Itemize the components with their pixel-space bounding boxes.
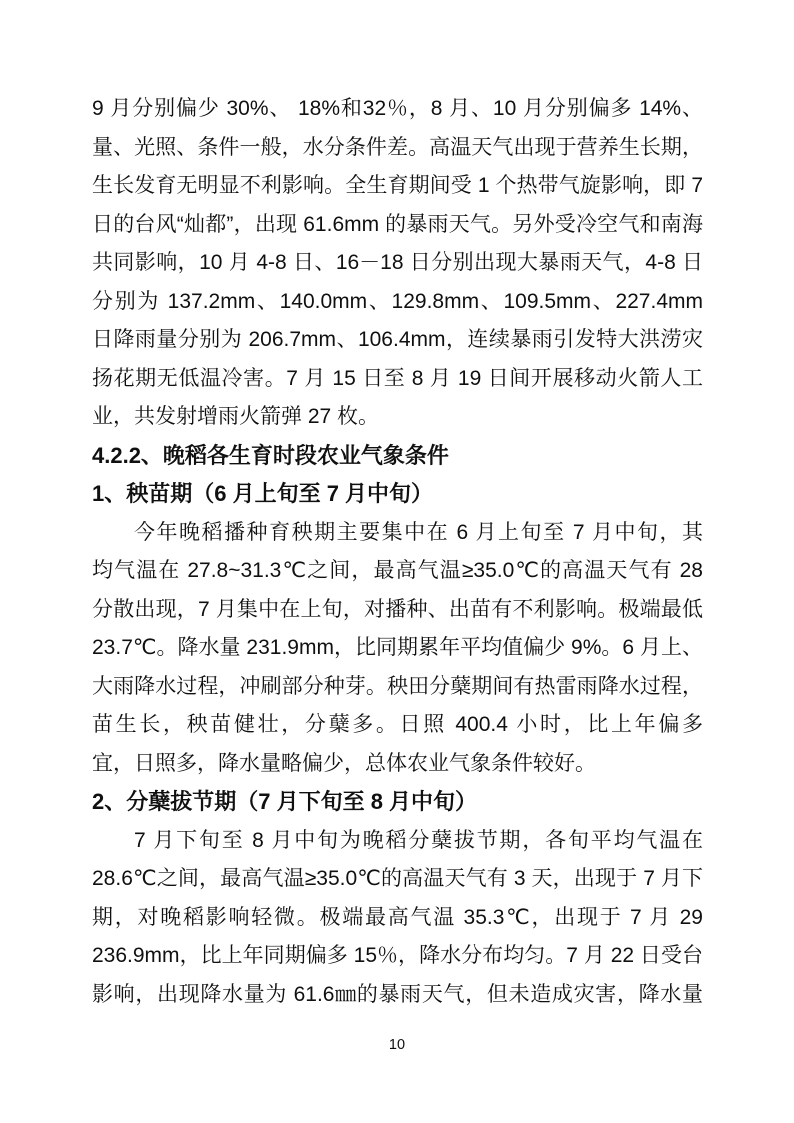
page-number: 10 xyxy=(0,1034,794,1056)
text-line: 共同影响，10 月 4-8 日、16－18 日分别出现大暴雨天气，4-8 日降雨… xyxy=(92,244,703,283)
section-heading: 1、秧苗期（6 月上旬至 7 月中旬） xyxy=(92,475,703,514)
text-line: 均气温在 27.8~31.3℃之间，最高气温≥35.0℃的高温天气有 28 天，… xyxy=(92,552,703,591)
text-line: 9 月分别偏少 30%、 18%和32％，8 月、10 月分别偏多 14%、42… xyxy=(92,90,703,129)
text-line: 236.9mm，比上年同期偏多 15％，降水分布均匀。7 月 22 日受台风“灿… xyxy=(92,937,703,976)
section-heading: 4.2.2、晚稻各生育时段农业气象条件 xyxy=(92,437,703,476)
text-line: 影响，出现降水量为 61.6㎜的暴雨天气，但未造成灾害，降水量充足。总 xyxy=(92,976,703,1015)
text-line: 分别为 137.2mm、140.0mm、129.8mm、109.5mm、227.… xyxy=(92,283,703,322)
text-line: 苗生长，秧苗健壮，分蘖多。日照 400.4 小时，比上年偏多 11%。气温适 xyxy=(92,706,703,745)
paragraph: 今年晚稻播种育秧期主要集中在 6 月上旬至 7 月中旬，其间，各旬平均气温在 2… xyxy=(92,514,703,784)
document-body: 9 月分别偏少 30%、 18%和32％，8 月、10 月分别偏多 14%、42… xyxy=(92,90,703,1014)
text-line: 宜，日照多，降水量略偏少，总体农业气象条件较好。 xyxy=(92,745,703,784)
text-line: 今年晚稻播种育秧期主要集中在 6 月上旬至 7 月中旬，其间，各旬平 xyxy=(92,514,703,553)
text-line: 23.7℃。降水量 231.9mm，比同期累年平均值偏少 9%。6 月上、下旬均… xyxy=(92,629,703,668)
text-line: 28.6℃之间，最高气温≥35.0℃的高温天气有 3 天，出现于 7 月下旬末 xyxy=(92,860,703,899)
text-line: 期，对晚稻影响轻微。极端最高气温 35.3℃，出现于 7 月 29 日。降水量 xyxy=(92,899,703,938)
text-line: 日降雨量分别为 206.7mm、106.4mm，连续暴雨引发特大洪涝灾害。抽穗 xyxy=(92,321,703,360)
text-line: 日的台风“灿都”，出现 61.6mm 的暴雨天气。另外受冷空气和南海辐合带 xyxy=(92,206,703,245)
text-line: 7 月下旬至 8 月中旬为晚稻分蘖拔节期，各旬平均气温在 27.9~ xyxy=(92,822,703,861)
text-line: 业，共发射增雨火箭弹 27 枚。 xyxy=(92,398,703,437)
text-line: 大雨降水过程，冲刷部分种芽。秧田分蘖期间有热雷雨降水过程，有利秧 xyxy=(92,668,703,707)
text-line: 分散出现，7 月集中在上旬，对播种、出苗有不利影响。极端最低气温 xyxy=(92,591,703,630)
paragraph: 9 月分别偏少 30%、 18%和32％，8 月、10 月分别偏多 14%、42… xyxy=(92,90,703,437)
section-heading: 2、分蘖拔节期（7 月下旬至 8 月中旬） xyxy=(92,783,703,822)
document-page: 9 月分别偏少 30%、 18%和32％，8 月、10 月分别偏多 14%、42… xyxy=(0,0,794,1123)
paragraph: 7 月下旬至 8 月中旬为晚稻分蘖拔节期，各旬平均气温在 27.9~28.6℃之… xyxy=(92,822,703,1015)
text-line: 生长发育无明显不利影响。全生育期间受 1 个热带气旋影响，即 7 月 22 xyxy=(92,167,703,206)
text-line: 扬花期无低温冷害。7 月 15 日至 8 月 19 日间开展移动火箭人工增雨作 xyxy=(92,360,703,399)
text-line: 量、光照、条件一般，水分条件差。高温天气出现于营养生长期，对晚稻 xyxy=(92,129,703,168)
